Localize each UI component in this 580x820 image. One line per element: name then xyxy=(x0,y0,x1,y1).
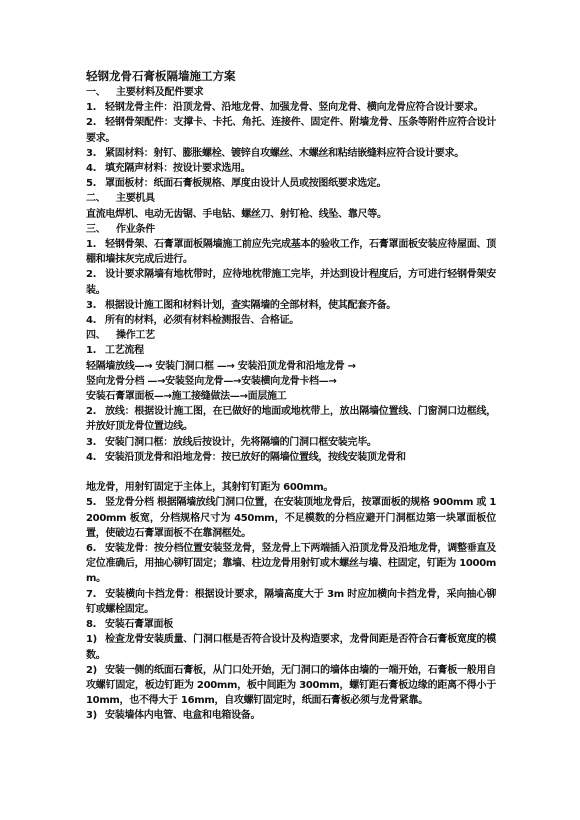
section-number: 二、 xyxy=(86,191,116,206)
blank-line xyxy=(86,465,496,480)
section-heading-1: 一、主要材料及配件要求 xyxy=(86,85,496,100)
list-item: 4.所有的材料，必须有材料检测报告、合格证。 xyxy=(86,313,496,328)
section-heading-4: 四、操作工艺 xyxy=(86,328,496,343)
process-flow-line: 竖向龙骨分档 —→安装竖向龙骨—→安装横向龙骨卡档—→ xyxy=(86,374,496,389)
section-heading-2: 二、主要机具 xyxy=(86,191,496,206)
process-title: 1.工艺流程 xyxy=(86,343,496,358)
list-item: 2.轻钢骨架配件：支撑卡、卡托、角托、连接件、固定件、附墙龙骨、压条等附件应符合… xyxy=(86,115,496,145)
section-heading-3: 三、作业条件 xyxy=(86,222,496,237)
section-number: 四、 xyxy=(86,328,116,343)
sub-list-item: 1)检查龙骨安装质量、门洞口框是否符合设计及构造要求，龙骨间距是否符合石膏板宽度… xyxy=(86,632,496,662)
list-item: 1.轻钢骨架、石膏罩面板隔墙施工前应先完成基本的验收工作，石膏罩面板安装应待屋面… xyxy=(86,237,496,267)
section-heading-text: 操作工艺 xyxy=(116,330,155,341)
section-number: 一、 xyxy=(86,85,116,100)
list-item: 4.安装沿顶龙骨和沿地龙骨：按已放好的隔墙位置线，按线安装顶龙骨和 xyxy=(86,450,496,465)
list-item: 4.填充隔声材料：按设计要求选用。 xyxy=(86,161,496,176)
sub-list-item: 3)安装墙体内电管、电盒和电箱设备。 xyxy=(86,708,496,723)
list-item: 6.安装龙骨：按分档位置安装竖龙骨，竖龙骨上下两端插入沿顶龙骨及沿地龙骨，调整垂… xyxy=(86,541,496,587)
section-heading-text: 作业条件 xyxy=(116,224,155,235)
section-heading-text: 主要材料及配件要求 xyxy=(116,87,203,98)
list-item: 1.轻钢龙骨主件：沿顶龙骨、沿地龙骨、加强龙骨、竖向龙骨、横向龙骨应符合设计要求… xyxy=(86,100,496,115)
list-item: 5.罩面板材：纸面石膏板规格、厚度由设计人员或按图纸要求选定。 xyxy=(86,176,496,191)
process-flow-line: 轻隔墙放线—→ 安装门洞口框 —→ 安装沿顶龙骨和沿地龙骨 → xyxy=(86,359,496,374)
section-number: 三、 xyxy=(86,222,116,237)
list-item: 2.放线：根据设计施工图，在已做好的地面或地枕带上，放出隔墙位置线、门窗洞口边框… xyxy=(86,404,496,434)
document-title: 轻钢龙骨石膏板隔墙施工方案 xyxy=(86,68,496,85)
list-item: 2.设计要求隔墙有地枕带时，应待地枕带施工完毕，并达到设计程度后，方可进行轻钢骨… xyxy=(86,267,496,297)
sub-list-item: 2)安装一侧的纸面石膏板，从门口处开始，无门洞口的墙体由墙的一端开始，石膏板一般… xyxy=(86,663,496,709)
list-item: 3.根据设计施工图和材料计划，查实隔墙的全部材料，使其配套齐备。 xyxy=(86,298,496,313)
list-item: 8.安装石膏罩面板 xyxy=(86,617,496,632)
list-item: 3.安装门洞口框：放线后按设计，先将隔墙的门洞口框安装完毕。 xyxy=(86,435,496,450)
list-item: 5.竖龙骨分档 根据隔墙放线门洞口位置，在安装顶地龙骨后，按罩面板的规格 900… xyxy=(86,495,496,541)
section-body: 直流电焊机、电动无齿锯、手电钻、螺丝刀、射钉枪、线坠、靠尺等。 xyxy=(86,207,496,222)
section-heading-text: 主要机具 xyxy=(116,193,155,204)
list-item: 7.安装横向卡挡龙骨：根据设计要求，隔墙高度大于 3m 时应加横向卡挡龙骨，采向… xyxy=(86,587,496,617)
list-item-continuation: 地龙骨，用射钉固定于主体上，其射钉钉距为 600mm。 xyxy=(86,480,496,495)
document-page: 轻钢龙骨石膏板隔墙施工方案 一、主要材料及配件要求 1.轻钢龙骨主件：沿顶龙骨、… xyxy=(86,68,496,724)
process-flow-line: 安装石膏罩面板—→施工接缝做法—→面层施工 xyxy=(86,389,496,404)
list-item: 3.紧固材料：射钉、膨胀螺栓、镀锌自攻螺丝、木螺丝和粘结嵌缝料应符合设计要求。 xyxy=(86,146,496,161)
